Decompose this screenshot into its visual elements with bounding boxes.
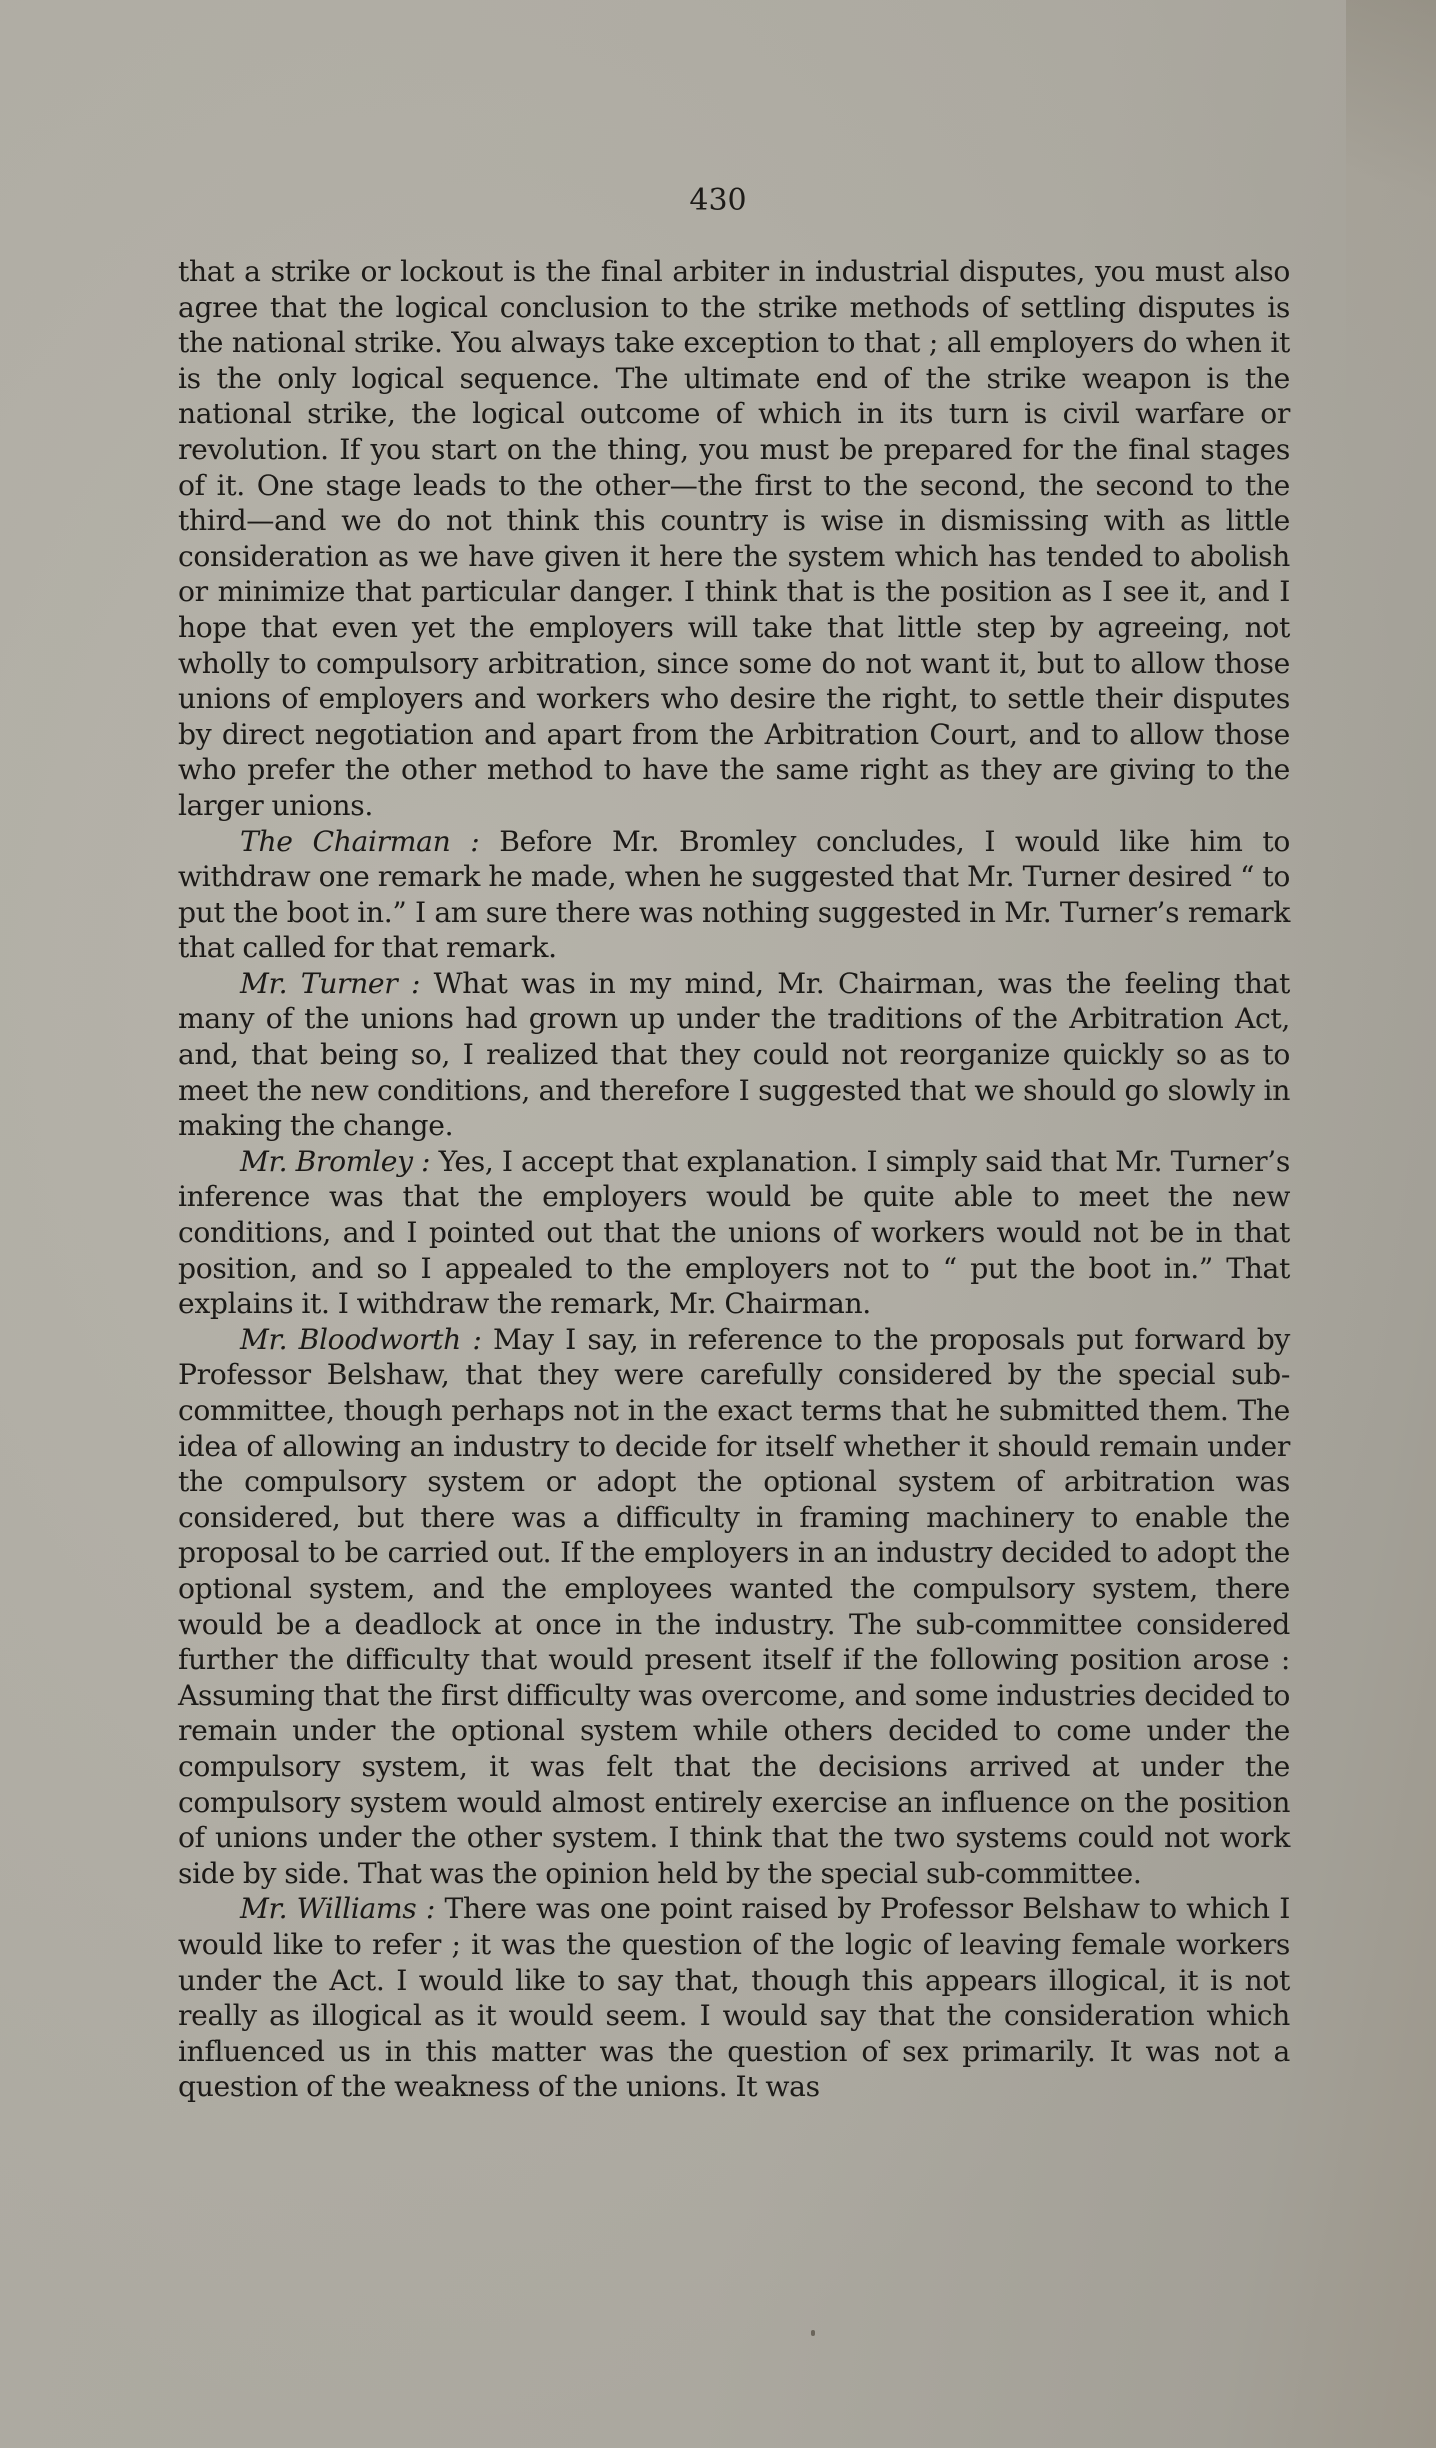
speaker-name: Mr. Bromley :	[240, 1145, 430, 1178]
speaker-name: Mr. Bloodworth :	[240, 1323, 482, 1356]
paragraph-chairman: The Chairman : Before Mr. Bromley conclu…	[178, 824, 1290, 966]
speaker-name: The Chairman :	[240, 825, 479, 858]
paper-speck	[811, 2330, 815, 2336]
paragraph-bloodworth: Mr. Bloodworth : May I say, in reference…	[178, 1322, 1290, 1892]
paragraph-text: that a strike or lockout is the final ar…	[178, 255, 1290, 822]
paragraph-text: May I say, in reference to the proposals…	[178, 1323, 1290, 1890]
scanned-page: 430 that a strike or lockout is the fina…	[0, 0, 1436, 2448]
speaker-name: Mr. Turner :	[240, 967, 420, 1000]
paragraph-continuation: that a strike or lockout is the final ar…	[178, 254, 1290, 824]
speaker-name: Mr. Williams :	[240, 1892, 435, 1925]
paragraph-bromley: Mr. Bromley : Yes, I accept that explana…	[178, 1144, 1290, 1322]
body-text: that a strike or lockout is the final ar…	[178, 254, 1290, 2105]
page-number: 430	[0, 183, 1436, 218]
paragraph-turner: Mr. Turner : What was in my mind, Mr. Ch…	[178, 966, 1290, 1144]
paragraph-williams: Mr. Williams : There was one point raise…	[178, 1891, 1290, 2105]
